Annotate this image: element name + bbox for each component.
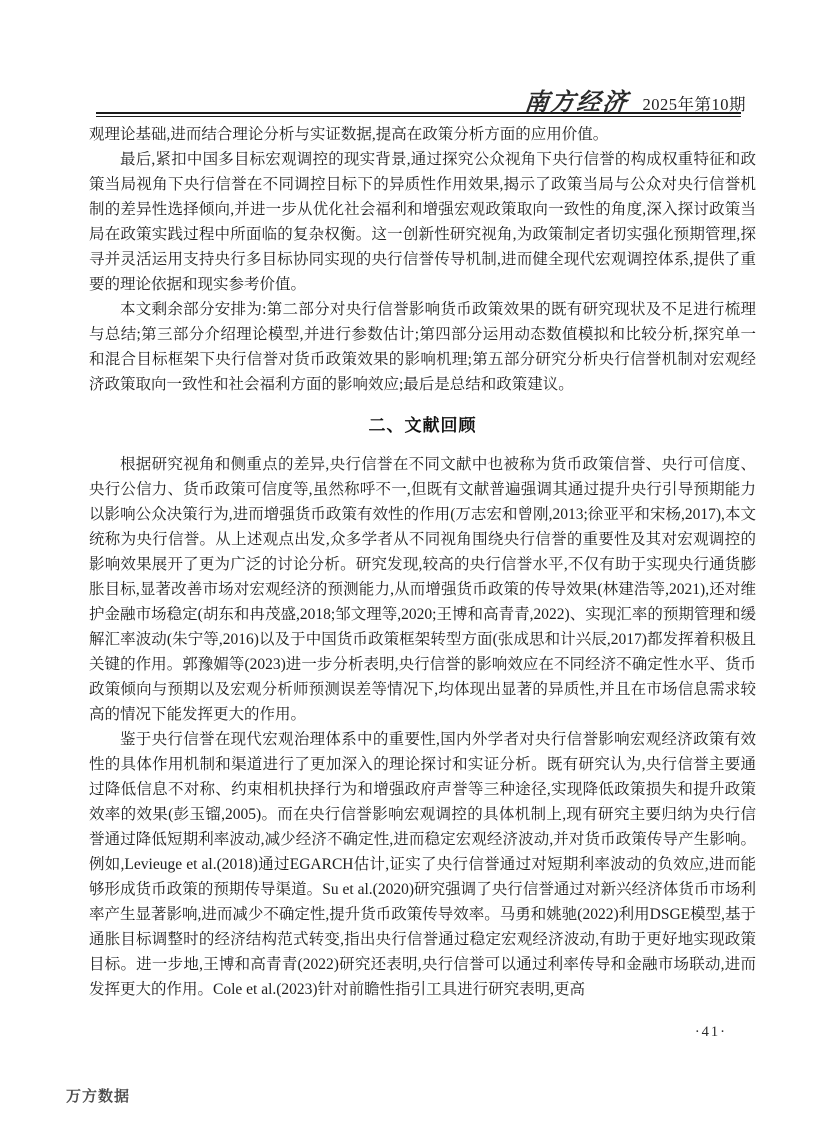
- article-body: 观理论基础,进而结合理论分析与实证数据,提高在政策分析方面的应用价值。 最后,紧…: [89, 122, 756, 1002]
- paragraph-structure-overview: 本文剩余部分安排为:第二部分对央行信誉影响货币政策效果的既有研究现状及不足进行梳…: [89, 297, 756, 397]
- section-heading-literature-review: 二、文献回顾: [89, 413, 756, 438]
- journal-page: 南方经济 2025年第10期 观理论基础,进而结合理论分析与实证数据,提高在政策…: [0, 0, 826, 1122]
- paragraph-continued: 观理论基础,进而结合理论分析与实证数据,提高在政策分析方面的应用价值。: [89, 122, 756, 147]
- page-number: ·41·: [695, 1024, 727, 1041]
- paragraph-literature-1: 根据研究视角和侧重点的差异,央行信誉在不同文献中也被称为货币政策信誉、央行可信度…: [89, 452, 756, 727]
- header-divider-rule: [96, 112, 741, 117]
- paragraph-summary-finally: 最后,紧扣中国多目标宏观调控的现实背景,通过探究公众视角下央行信誉的构成权重特征…: [89, 147, 756, 297]
- wanfang-data-watermark: 万方数据: [66, 1085, 130, 1106]
- paragraph-literature-2: 鉴于央行信誉在现代宏观治理体系中的重要性,国内外学者对央行信誉影响宏观经济政策有…: [89, 727, 756, 1002]
